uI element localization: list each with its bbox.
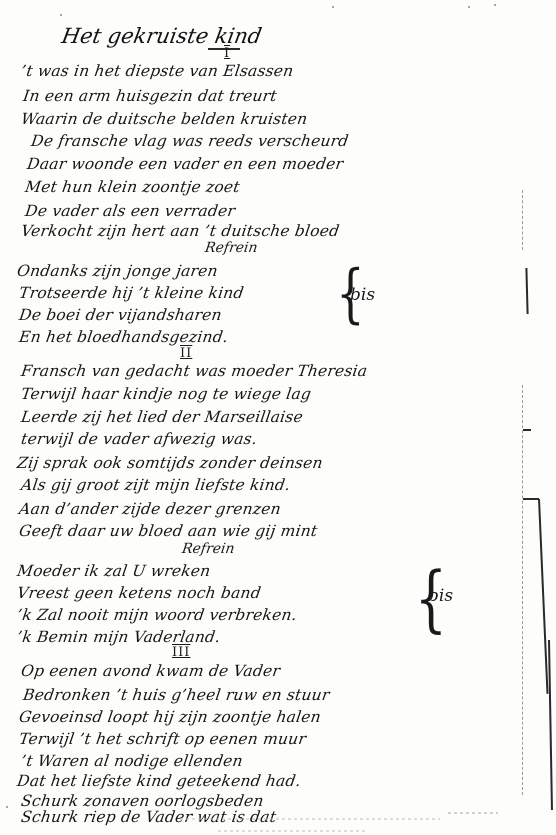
poem-title: Het gekruiste kind [60, 24, 264, 48]
verse-line: Met hun klein zoontje zoet [24, 178, 241, 196]
refrain-heading: Refrein [204, 240, 259, 256]
scan-speck [6, 806, 8, 808]
scan-speck [494, 4, 496, 6]
refrain-line: Vreest geen ketens noch band [16, 584, 262, 602]
refrain-heading: Refrein [181, 541, 236, 557]
section-numeral-3: III [172, 645, 190, 660]
verse-line: In een arm huisgezin dat treurt [22, 87, 278, 105]
verse-line: Terwijl ’t het schrift op eenen muur [18, 730, 307, 748]
section-numeral-1: I [224, 46, 230, 61]
verse-line: Op eenen avond kwam de Vader [20, 662, 281, 680]
verse-line: Waarin de duitsche belden kruisten [20, 110, 309, 128]
scan-speck [332, 6, 334, 8]
refrain-line: En het bloedhandsgezind. [18, 328, 229, 346]
scan-noise [218, 830, 368, 832]
manuscript-page: Het gekruiste kind I ’t was in het dieps… [0, 0, 556, 835]
margin-fold-line [522, 385, 523, 795]
verse-line: Gevoeinsd loopt hij zijn zoontje halen [18, 708, 322, 726]
verse-line: Zij sprak ook somtijds zonder deinsen [16, 454, 324, 472]
refrain-line: De boei der vijandsharen [18, 306, 223, 324]
repeat-mark-bis: bis [428, 586, 453, 606]
verse-line: Geeft daar uw bloed aan wie gij mint [18, 522, 319, 540]
margin-mark [525, 268, 528, 314]
refrain-line: Ondanks zijn jonge jaren [16, 262, 219, 280]
page-edge-line [538, 499, 549, 694]
scan-speck [468, 6, 470, 8]
verse-line: ’t Waren al nodige ellenden [20, 752, 244, 770]
verse-line: Verkocht zijn hert aan ’t duitsche bloed [20, 222, 341, 240]
refrain-line: Moeder ik zal U wreken [16, 562, 212, 580]
verse-line: De vader als een verrader [24, 202, 236, 220]
scan-speck [60, 14, 62, 16]
verse-line: Aan d’ander zijde dezer grenzen [18, 500, 282, 518]
refrain-line: ’k Bemin mijn Vaderland. [16, 628, 222, 646]
verse-line: Bedronken ’t huis g’heel ruw en stuur [22, 686, 331, 704]
margin-mark [523, 429, 531, 431]
margin-mark [523, 498, 539, 500]
verse-line: Daar woonde een vader en een moeder [26, 155, 344, 173]
verse-line: Leerde zij het lied der Marseillaise [20, 408, 304, 426]
scan-noise [180, 818, 440, 820]
section-numeral-2: II [180, 346, 192, 361]
verse-line: terwijl de vader afwezig was. [20, 430, 258, 448]
repeat-mark-bis: bis [350, 285, 375, 305]
verse-line: Dat het liefste kind geteekend had. [16, 772, 302, 790]
scan-noise [448, 812, 498, 814]
verse-line: Fransch van gedacht was moeder Theresia [20, 362, 369, 380]
verse-line: De fransche vlag was reeds verscheurd [30, 132, 350, 150]
page-edge-line [548, 640, 553, 810]
verse-line: Schurk riep de Vader wat is dat [20, 808, 277, 826]
refrain-line: Trotseerde hij ’t kleine kind [18, 284, 245, 302]
refrain-line: ’k Zal nooit mijn woord verbreken. [16, 606, 298, 624]
verse-line: ’t was in het diepste van Elsassen [20, 62, 295, 80]
verse-line: Als gij groot zijt mijn liefste kind. [20, 476, 291, 494]
verse-line: Terwijl haar kindje nog te wiege lag [20, 385, 312, 403]
margin-fold-line [522, 190, 523, 250]
